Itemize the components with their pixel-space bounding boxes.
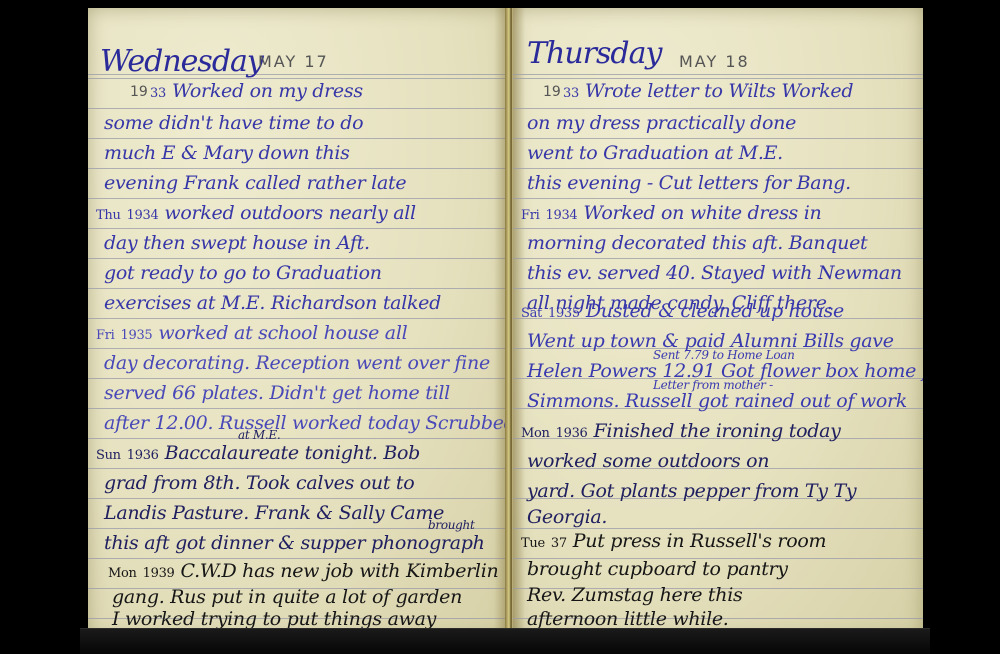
entry-line: Rev. Zumstag here this xyxy=(527,584,742,606)
ruled-line xyxy=(513,138,923,139)
entry-line: exercises at M.E. Richardson talked xyxy=(104,292,441,314)
left-page: Wednesday MAY 17 19 33Worked on my dress… xyxy=(88,8,509,638)
book-cover-edge xyxy=(80,628,930,654)
ruled-line xyxy=(88,228,508,229)
entry-line: Simmons. Russell got rained out of work xyxy=(527,390,907,412)
ruled-line xyxy=(88,348,508,349)
ruled-line xyxy=(88,378,508,379)
diary-spread: Wednesday MAY 17 19 33Worked on my dress… xyxy=(86,8,924,654)
ruled-line xyxy=(88,408,508,409)
entry-line: on my dress practically done xyxy=(527,112,796,134)
entry-line: worked some outdoors on xyxy=(527,450,769,472)
entry-line: yard. Got plants pepper from Ty Ty xyxy=(527,480,856,502)
right-page: Thursday MAY 18 19 33Wrote letter to Wil… xyxy=(512,8,923,638)
ruled-line xyxy=(88,318,508,319)
ruled-line xyxy=(88,558,508,559)
entry-line: Fri1935worked at school house all xyxy=(96,322,407,344)
entry-line: Mon1936Finished the ironing today xyxy=(521,420,841,442)
ruled-line xyxy=(88,108,508,109)
entry-line: Georgia. xyxy=(527,506,607,528)
entry-line: Landis Pasture. Frank & Sally Came xyxy=(104,502,444,524)
entry-line: Fri1934Worked on white dress in xyxy=(521,202,821,224)
entry-line: brought cupboard to pantry xyxy=(527,558,788,580)
ruled-line xyxy=(513,258,923,259)
entry-line: Mon1939C.W.D has new job with Kimberlin xyxy=(108,560,498,582)
entry-line: got ready to go to Graduation xyxy=(104,262,382,284)
ruled-line xyxy=(88,258,508,259)
ruled-line xyxy=(513,168,923,169)
ruled-line xyxy=(88,468,508,469)
entry-annotation: at M.E. xyxy=(238,428,280,442)
ruled-line xyxy=(513,198,923,199)
day-name: Thursday xyxy=(527,36,661,71)
entry-line: evening Frank called rather late xyxy=(104,172,406,194)
entry-line: this aft got dinner & supper phonograph xyxy=(104,532,485,554)
entry-line: this ev. served 40. Stayed with Newman xyxy=(527,262,902,284)
entry-line: Tue37Put press in Russell's room xyxy=(521,530,826,552)
ruled-line xyxy=(513,528,923,529)
entry-line: some didn't have time to do xyxy=(104,112,363,134)
entry-line: Sat1935Dusted & cleaned up house xyxy=(521,300,844,322)
day-name: Wednesday xyxy=(100,44,263,79)
entry-line: gang. Rus put in quite a lot of garden xyxy=(112,586,462,608)
entry-line: 33Worked on my dress xyxy=(150,80,363,102)
ruled-line xyxy=(513,288,923,289)
ruled-line xyxy=(513,74,923,79)
entry-line: went to Graduation at M.E. xyxy=(527,142,783,164)
entry-line: after 12.00. Russell worked today Scrubb… xyxy=(104,412,509,434)
printed-year: 19 xyxy=(130,84,148,100)
printed-year: 19 xyxy=(543,84,561,100)
ruled-line xyxy=(88,138,508,139)
ruled-line xyxy=(513,108,923,109)
ruled-line xyxy=(88,498,508,499)
ruled-line xyxy=(88,198,508,199)
ruled-line xyxy=(88,288,508,289)
entry-line: I worked trying to put things away xyxy=(112,608,436,630)
entry-line: day decorating. Reception went over fine xyxy=(104,352,490,374)
entry-line: Thu1934worked outdoors nearly all xyxy=(96,202,416,224)
entry-line: morning decorated this aft. Banquet xyxy=(527,232,867,254)
ruled-line xyxy=(513,228,923,229)
printed-date: MAY 18 xyxy=(679,52,750,71)
ruled-line xyxy=(88,438,508,439)
entry-line: served 66 plates. Didn't get home till xyxy=(104,382,450,404)
ruled-line xyxy=(88,168,508,169)
entry-line: Sun1936Baccalaureate tonight. Bob xyxy=(96,442,420,464)
printed-date: MAY 17 xyxy=(258,52,329,71)
entry-line: much E & Mary down this xyxy=(104,142,350,164)
entry-line: grad from 8th. Took calves out to xyxy=(104,472,414,494)
entry-line: day then swept house in Aft. xyxy=(104,232,370,254)
entry-line: afternoon little while. xyxy=(527,608,729,630)
entry-line: 33Wrote letter to Wilts Worked xyxy=(563,80,853,102)
entry-annotation: brought xyxy=(428,518,475,532)
entry-line: this evening - Cut letters for Bang. xyxy=(527,172,851,194)
